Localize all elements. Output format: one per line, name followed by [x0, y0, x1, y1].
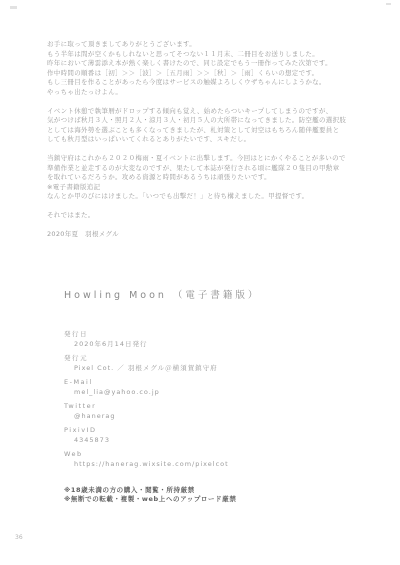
colophon-section-publisher: 発行元 Pixel Cot. ／ 羽根メグル＠横須賀鎮守府 [64, 354, 364, 373]
colophon-label: 発行元 [64, 354, 364, 364]
afterword-paragraph-2: イベント休憩で執筆暦がドロップする傾向も覚え、始めたらついキープしてしまうのです… [47, 107, 369, 145]
website-url: https://hanerag.wixsite.com/pixelcot [64, 460, 364, 470]
ebook-note-label: ※電子書籍版追記 [47, 183, 369, 193]
afterword-line: としては海外勢を選ぶことも多くなってきましたが、札対策として対空はもちろん随伴艦… [47, 126, 369, 136]
publisher-name: Pixel Cot. ／ 羽根メグル＠横須賀鎮守府 [64, 364, 364, 374]
afterword-line: 当鎮守府はこれから２０２０梅雨・夏イベントに出撃します。今回はとにかくやることが… [47, 154, 369, 164]
colophon-label: Web [64, 450, 364, 460]
scan-artifact [386, 3, 391, 5]
colophon-label: Twitter [64, 402, 364, 412]
afterword-line: 作中時間の順番は［初］＞＞［波］＞［五月雨］＞＞［秋］＞［雨］くらいの想定です。 [47, 69, 369, 79]
colophon-label: 発行日 [64, 330, 364, 340]
page-number: 36 [15, 534, 23, 541]
author-signature: 2020年夏 羽根メグル [47, 230, 369, 240]
pixiv-id: 4345873 [64, 436, 364, 446]
publication-date: 2020年6月14日発行 [64, 340, 364, 350]
colophon-info: 発行日 2020年6月14日発行 発行元 Pixel Cot. ／ 羽根メグル＠… [64, 330, 364, 474]
afterword-paragraph-1: お手に取って頂きましてありがとうございます。 もう半年は間が空くかもしれないと思… [47, 40, 369, 97]
ebook-note: なんとか甲のびにはけました。「いつでも出撃だ！」と待ち構えました。甲提督です。 [47, 192, 369, 202]
afterword-line: イベント休憩で執筆暦がドロップする傾向も覚え、始めたらついキープしてしまうのです… [47, 107, 369, 117]
afterword-line: 昨年において薄雲添え本が熱く楽しく書けたので、同じ設定でもう一冊作ってみた次第で… [47, 59, 369, 69]
afterword-line: もう半年は間が空くかもしれないと思ってそつない１１月末、二冊目をお送りしました。 [47, 50, 369, 60]
afterword-line: 準備作業と並走するのが大変なのですが、果たして本誌が発行される頃に艦隊２０隻目の… [47, 164, 369, 174]
twitter-handle: @hanerag [64, 412, 364, 422]
age-restriction-warning: ※18歳未満の方の購入・閲覧・所持厳禁 [64, 486, 236, 495]
closing-remark: それではまた。 [47, 211, 369, 221]
afterword-line: やっちゃ出たっけよん。 [47, 88, 369, 98]
colophon-section-pixiv: PixivID 4345873 [64, 426, 364, 445]
colophon-section-publication-date: 発行日 2020年6月14日発行 [64, 330, 364, 349]
afterword-line: お手に取って頂きましてありがとうございます。 [47, 40, 369, 50]
afterword-text: お手に取って頂きましてありがとうございます。 もう半年は間が空くかもしれないと思… [47, 40, 369, 240]
colophon-section-web: Web https://hanerag.wixsite.com/pixelcot [64, 450, 364, 469]
scan-artifact [10, 6, 17, 9]
colophon-section-twitter: Twitter @hanerag [64, 402, 364, 421]
colophon-label: E-Mail [64, 378, 364, 388]
colophon-section-email: E-Mail mel_lia@yahoo.co.jp [64, 378, 364, 397]
afterword-line: しても秋月型はいっぱいいてくれるとありがたいです、スキだし。 [47, 135, 369, 145]
email-address: mel_lia@yahoo.co.jp [64, 388, 364, 398]
afterword-line: を取れているだろうか。攻める資源と時間があるうちは頑張りたいです。 [47, 173, 369, 183]
afterword-line: 気がつけば秋月３人・照月２人・涼月３人・初月５人の大所帯になってきました。防空艦… [47, 116, 369, 126]
reproduction-warning: ※無断での転載・複製・web上へのアップロード厳禁 [64, 495, 236, 504]
afterword-paragraph-3: 当鎮守府はこれから２０２０梅雨・夏イベントに出撃します。今回はとにかくやることが… [47, 154, 369, 202]
book-title: Howling Moon （電子書籍版） [64, 287, 260, 301]
legal-warnings: ※18歳未満の方の購入・閲覧・所持厳禁 ※無断での転載・複製・web上へのアップ… [64, 486, 236, 504]
doujin-colophon-page: お手に取って頂きましてありがとうございます。 もう半年は間が空くかもしれないと思… [0, 0, 400, 565]
afterword-line: もし三冊目を作ることがあったら今度はサービスの触媒よろしくウザちゃんにしようかな… [47, 78, 369, 88]
colophon-label: PixivID [64, 426, 364, 436]
